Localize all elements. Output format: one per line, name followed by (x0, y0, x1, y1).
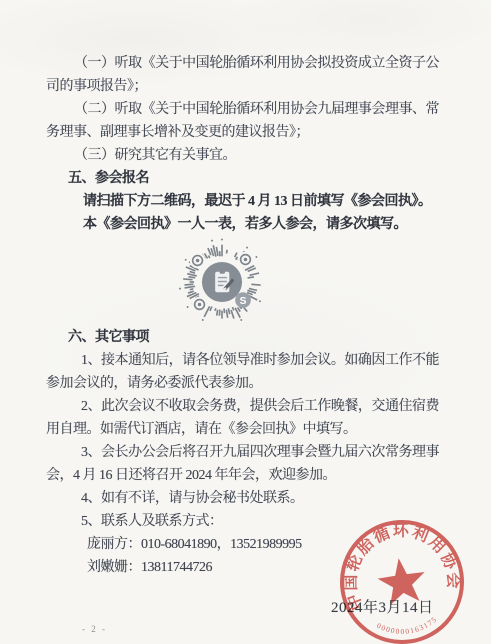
agenda-item: （一）听取《关于中国轮胎循环利用协会拟投资成立全资子公司的事项报告》； (46, 52, 439, 98)
registration-qr-code: S (178, 238, 266, 326)
clipboard-pencil-icon (202, 262, 242, 302)
agenda-item: （二）听取《关于中国轮胎循环利用协会九届理事会理事、常务理事、副理事长增补及变更… (46, 98, 439, 144)
other-item: 5、联系人及联系方式： (46, 510, 439, 533)
other-item: 2、此次会议不收取会务费，提供会后工作晚餐，交通住宿费用自理。如需代订酒店，请在… (46, 395, 439, 441)
registration-instruction: 请扫描下方二维码，最迟于 4 月 13 日前填写《参会回执》。 (46, 190, 439, 213)
agenda-item: （三）研究其它有关事宜。 (46, 144, 439, 167)
svg-text:S: S (240, 296, 247, 307)
other-item: 4、如有不详，请与协会秘书处联系。 (46, 487, 439, 510)
other-item: 3、会长办公会后将召开九届四次理事会暨九届六次常务理事会，4 月 16 日还将召… (46, 441, 439, 487)
section-heading-registration: 五、参会报名 (46, 167, 439, 190)
contact-line: 刘嫩姗：13811744726 (46, 556, 439, 579)
contact-line: 庞丽方：010-68041890，13521989995 (46, 533, 439, 556)
qr-sunburst-graphic: S (178, 238, 266, 326)
other-item: 1、接本通知后，请各位领导准时参加会议。如确因工作不能参加会议的，请务必委派代表… (46, 349, 439, 395)
qr-s-badge: S (235, 292, 251, 308)
page-number: - 2 - (82, 624, 107, 634)
registration-instruction: 本《参会回执》一人一表，若多人参会，请多次填写。 (46, 213, 439, 236)
scanned-notice-page: （一）听取《关于中国轮胎循环利用协会拟投资成立全资子公司的事项报告》； （二）听… (0, 0, 491, 644)
document-date: 2024年3月14日 (331, 596, 434, 617)
section-heading-other: 六、其它事项 (46, 326, 439, 349)
notice-body: （一）听取《关于中国轮胎循环利用协会拟投资成立全资子公司的事项报告》； （二）听… (0, 0, 491, 579)
